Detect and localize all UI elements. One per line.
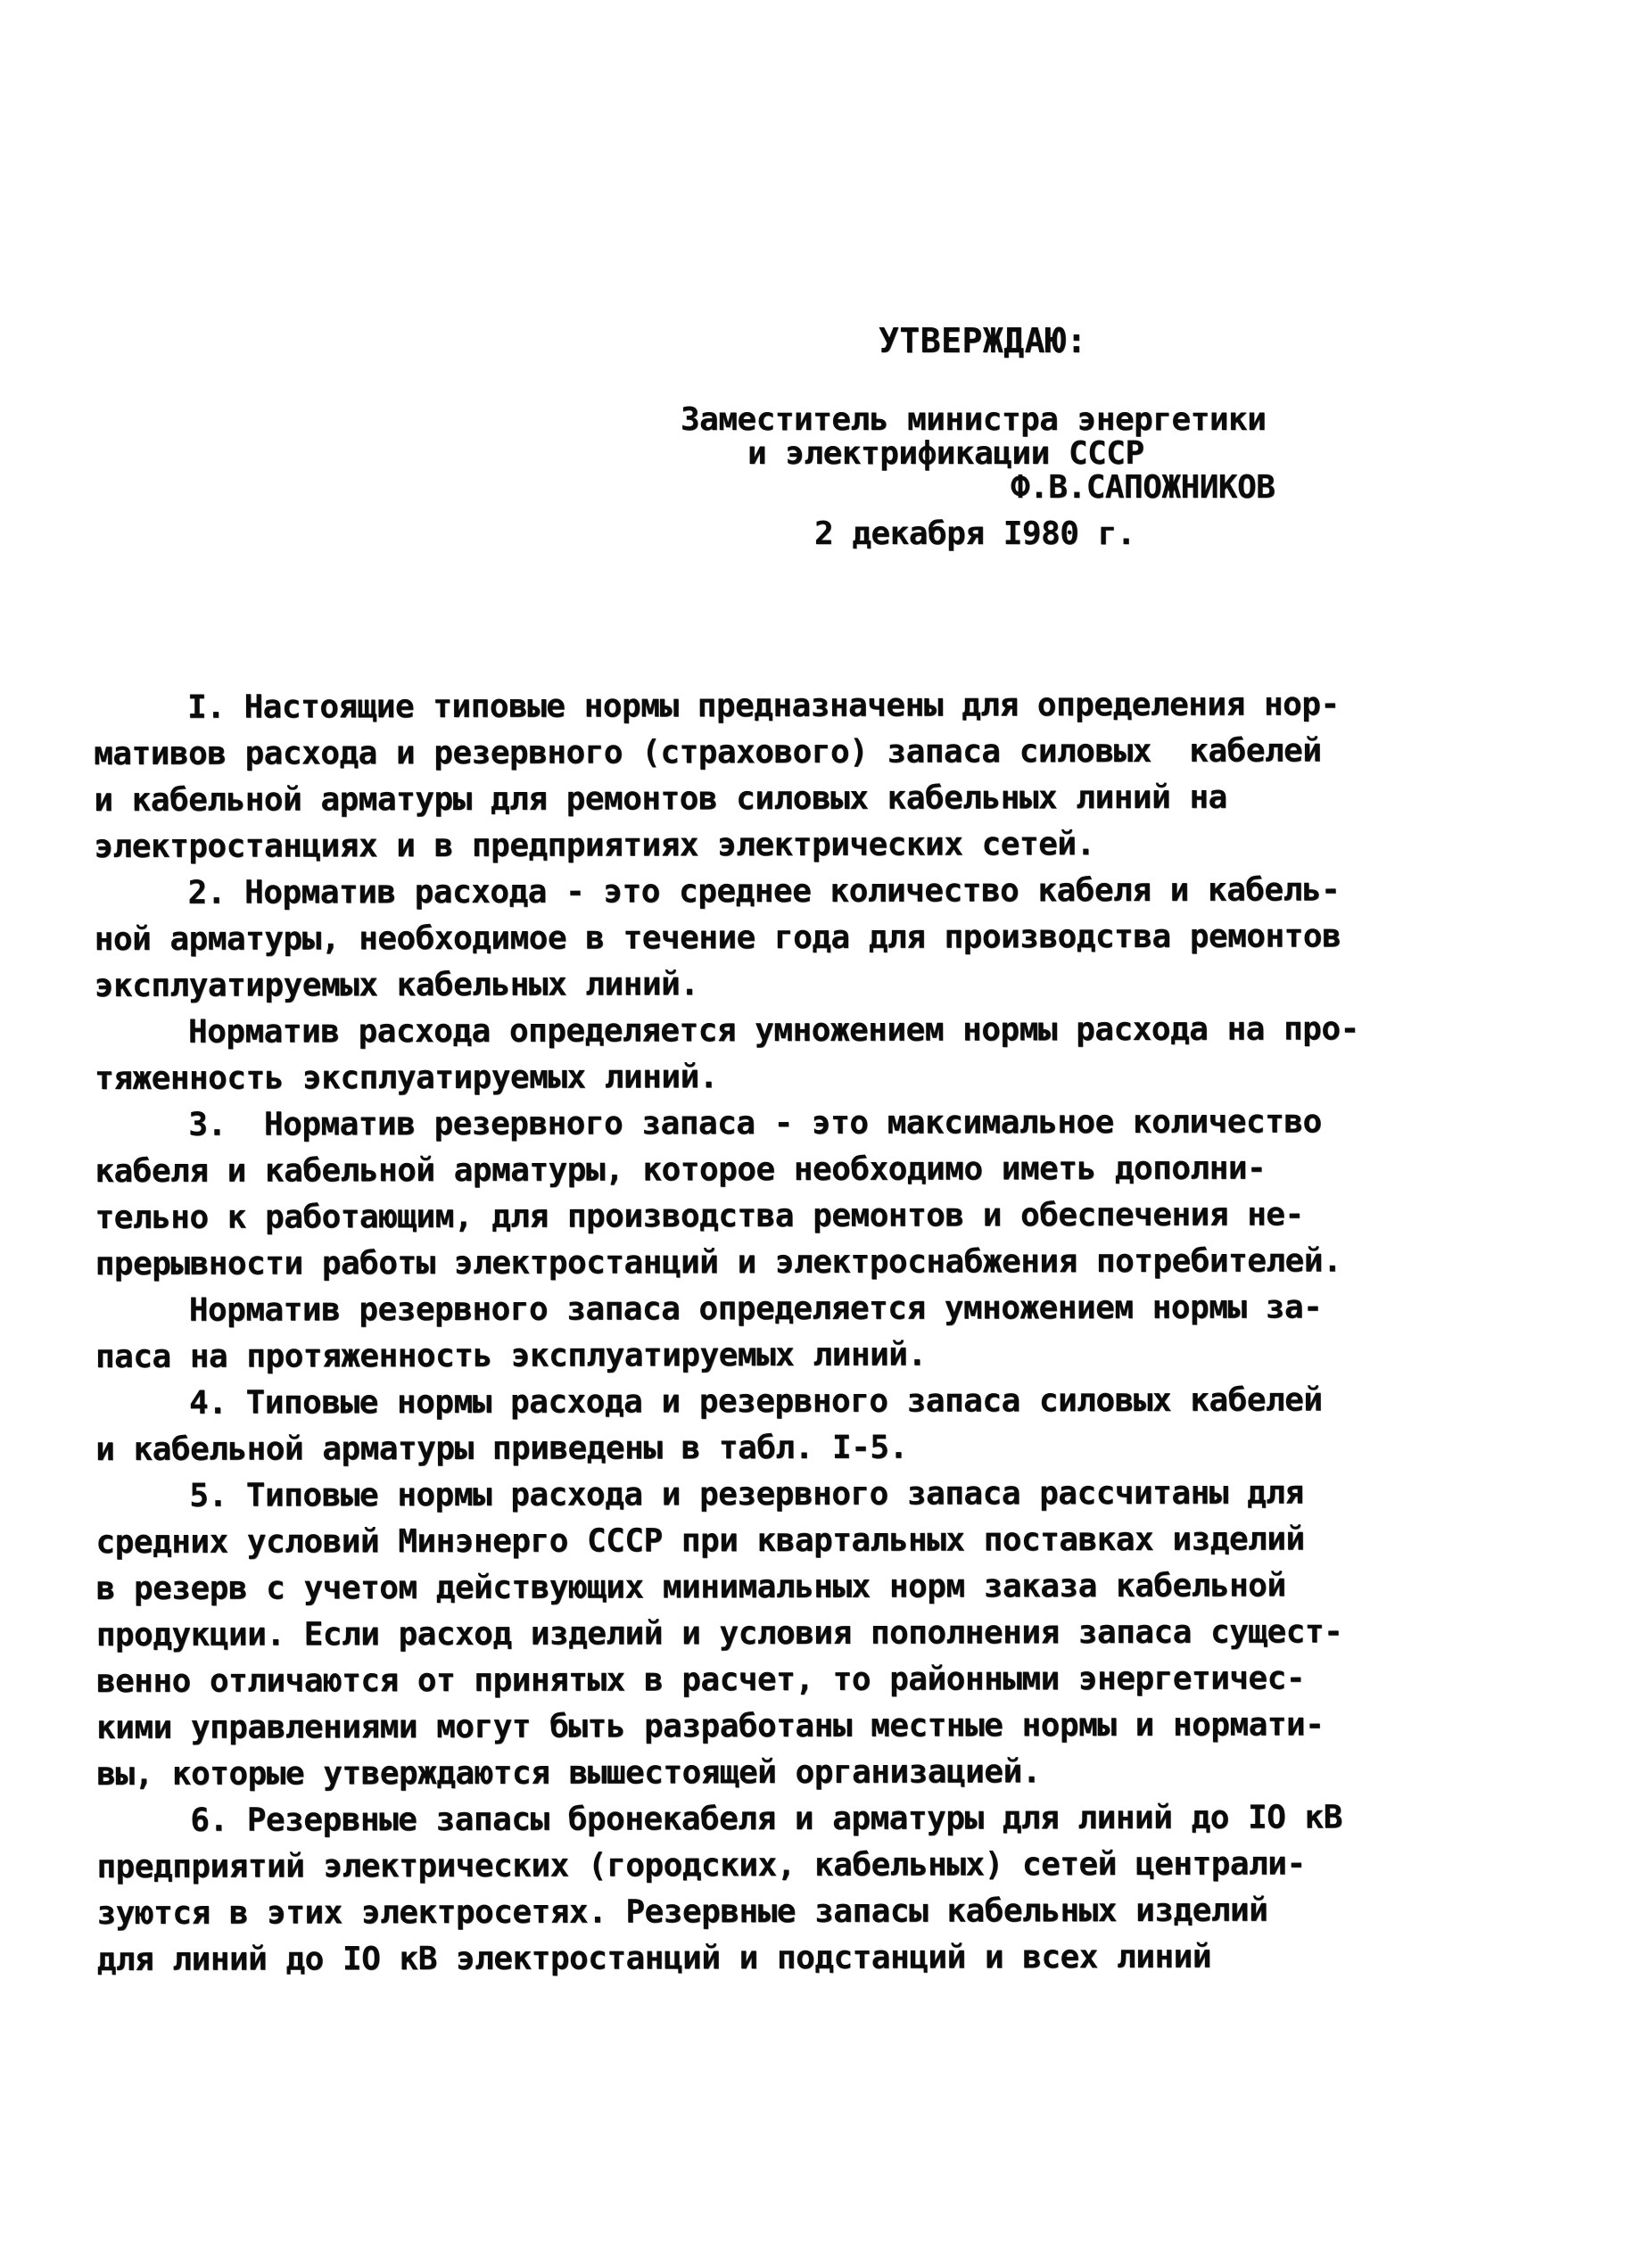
paragraph-2-line-1: 2. Норматив расхода - это среднее количе… <box>95 867 1432 917</box>
paragraph-7-line-5: венно отличаются от принятых в расчет, т… <box>96 1655 1434 1705</box>
paragraph-3: Норматив расхода определяется умножением… <box>95 1006 1432 1102</box>
paragraph-5-line-1: Норматив резервного запаса определяется … <box>95 1284 1433 1334</box>
paragraph-8-line-1: 6. Резервные запасы бронекабеля и армату… <box>96 1794 1434 1844</box>
paragraph-8-line-2: предприятий электрических (городских, ка… <box>96 1841 1434 1891</box>
paragraph-1-line-1: I. Настоящие типовые нормы предназначены… <box>94 681 1432 731</box>
paragraph-7-line-6: кими управлениями могут быть разработаны… <box>96 1702 1434 1752</box>
approval-date: 2 декабря I980 г. <box>814 515 1135 552</box>
paragraph-7-line-4: продукции. Если расход изделий и условия… <box>96 1609 1434 1659</box>
paragraph-4-line-1: 3. Норматив резервного запаса - это макс… <box>95 1099 1432 1149</box>
paragraph-1: I. Настоящие типовые нормы предназначены… <box>94 681 1432 870</box>
paragraph-7-line-2: средних условий Минэнерго СССР при кварт… <box>95 1516 1433 1566</box>
paragraph-4-line-4: прерывности работы электростанций и элек… <box>95 1238 1433 1288</box>
paragraph-8: 6. Резервные запасы бронекабеля и армату… <box>96 1794 1435 1983</box>
paragraph-2-line-2: ной арматуры, необходимое в течение года… <box>95 913 1432 963</box>
paragraph-8-line-3: зуются в этих электросетях. Резервные за… <box>97 1887 1435 1937</box>
paragraph-5: Норматив резервного запаса определяется … <box>95 1284 1433 1381</box>
paragraph-7-line-1: 5. Типовые нормы расхода и резервного за… <box>95 1470 1433 1520</box>
scanned-document-page: УТВЕРЖДАЮ: Заместитель министра энергети… <box>0 0 1626 2268</box>
paragraph-6: 4. Типовые нормы расхода и резервного за… <box>95 1377 1433 1473</box>
paragraph-4: 3. Норматив резервного запаса - это макс… <box>95 1099 1433 1288</box>
approver-position-line1: Заместитель министра энергетики <box>681 401 1266 438</box>
approver-name: Ф.В.САПОЖНИКОВ <box>1011 469 1275 506</box>
document-body: I. Настоящие типовые нормы предназначены… <box>94 681 1435 1983</box>
paragraph-3-line-1: Норматив расхода определяется умножением… <box>95 1006 1432 1056</box>
paragraph-4-line-2: кабеля и кабельной арматуры, которое нео… <box>95 1145 1432 1195</box>
paragraph-3-line-2: тяженность эксплуатируемых линий. <box>95 1052 1432 1102</box>
paragraph-5-line-2: паса на протяженность эксплуатируемых ли… <box>95 1331 1433 1381</box>
paragraph-8-line-4: для линий до IO кВ электростанций и подс… <box>97 1934 1435 1983</box>
paragraph-1-line-4: электростанциях и в предприятиях электри… <box>94 821 1432 870</box>
paragraph-7: 5. Типовые нормы расхода и резервного за… <box>95 1470 1434 1798</box>
paragraph-6-line-1: 4. Типовые нормы расхода и резервного за… <box>95 1377 1433 1427</box>
paragraph-7-line-3: в резерв с учетом действующих минимальны… <box>96 1563 1434 1612</box>
paragraph-1-line-2: мативов расхода и резервного (страхового… <box>94 728 1432 778</box>
paragraph-7-line-7: вы, которые утверждаются вышестоящей орг… <box>96 1748 1434 1798</box>
paragraph-4-line-3: тельно к работающим, для производства ре… <box>95 1192 1432 1241</box>
approval-heading: УТВЕРЖДАЮ: <box>879 321 1087 360</box>
paragraph-6-line-2: и кабельной арматуры приведены в табл. I… <box>95 1423 1433 1473</box>
approver-position-line2: и электрификации СССР <box>747 435 1144 472</box>
paragraph-1-line-3: и кабельной арматуры для ремонтов силовы… <box>94 774 1432 824</box>
paragraph-2-line-3: эксплуатируемых кабельных линий. <box>95 960 1432 1010</box>
paragraph-2: 2. Норматив расхода - это среднее количе… <box>95 867 1432 1010</box>
